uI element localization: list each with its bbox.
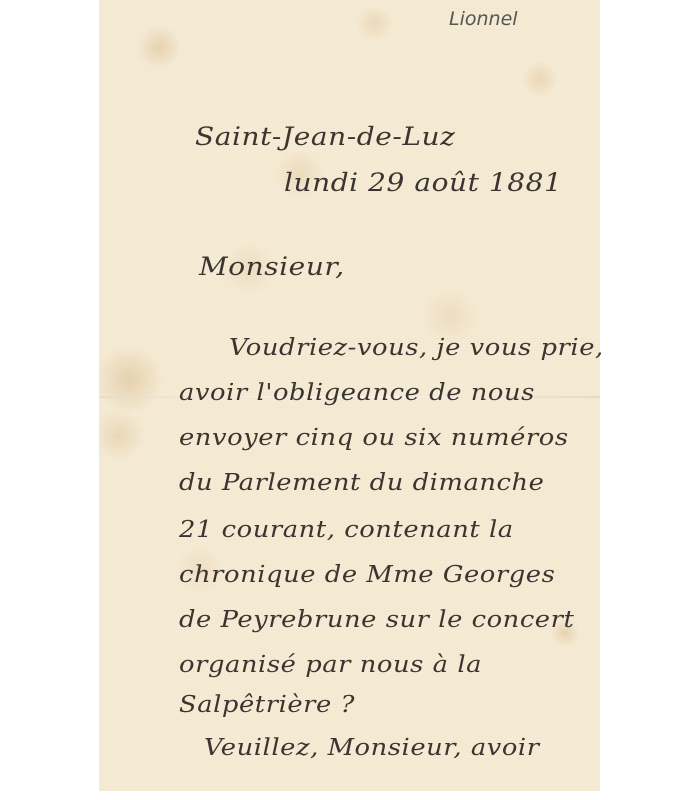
body-line-1: Voudriez-vous, je vous prie, xyxy=(229,335,604,361)
body-line-5: 21 courant, contenant la xyxy=(179,517,514,543)
letter-salutation: Monsieur, xyxy=(199,252,345,281)
body-line-3: envoyer cinq ou six numéros xyxy=(179,425,569,451)
body-line-9: Salpêtrière ? xyxy=(179,692,355,718)
body-line-2: avoir l'obligeance de nous xyxy=(179,380,535,406)
letter-place: Saint-Jean-de-Luz xyxy=(195,122,455,151)
letter-page: Lionnel Saint-Jean-de-Luz lundi 29 août … xyxy=(99,0,600,791)
body-line-4: du Parlement du dimanche xyxy=(179,470,544,496)
body-line-6: chronique de Mme Georges xyxy=(179,562,555,588)
body-line-8: organisé par nous à la xyxy=(179,652,482,678)
pencil-annotation: Lionnel xyxy=(449,8,518,30)
body-line-10: Veuillez, Monsieur, avoir xyxy=(204,735,540,761)
body-line-7: de Peyrebrune sur le concert xyxy=(179,607,574,633)
letter-date: lundi 29 août 1881 xyxy=(284,168,562,197)
